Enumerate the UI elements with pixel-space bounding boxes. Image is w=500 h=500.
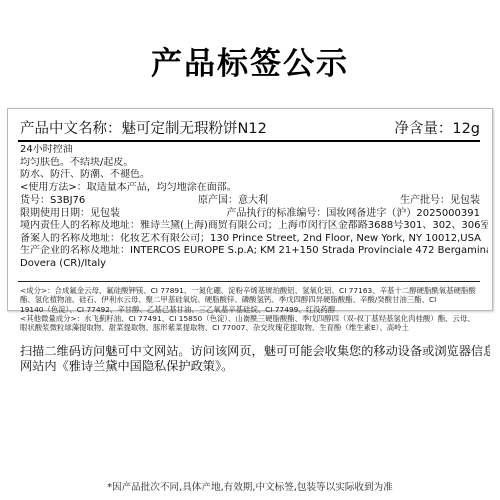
product-label-card: 产品中文名称：魅可定制无瑕粉饼N12 净含量：12g 24小时控油 均匀肤色。不… (7, 108, 493, 311)
ingredients-line: <成分>：合成氟金云母、氟硅酸钾镁、CI 77891、一氮化硼、淀粉辛烯基琥珀酸… (20, 286, 488, 295)
disclaimer-footnote: *因产品批次不同,具体产地,有效期,中文标签,包装等以实际收到为准 (0, 479, 500, 493)
registrant: 备案人的名称及地址：化妆艺术有限公司；130 Prince Street, 2n… (20, 233, 488, 246)
claim-item: 防水、防汗、防潮、不褪色。 (20, 169, 488, 182)
responsible-party: 境内责任人的名称及地址：雅诗兰黛(上海)商贸有限公司；上海市闵行区金都路3688… (20, 220, 488, 233)
page-title: 产品标签公示 (0, 38, 500, 83)
product-claims: 24小时控油 均匀肤色。不结块/起皮。 防水、防汗、防潮、不褪色。 <使用方法>… (20, 144, 488, 194)
item-number: 货号：S3BJ76 (20, 195, 85, 208)
expiry-date: 限期使用日期：见包装 (20, 208, 120, 221)
product-name: 产品中文名称：魅可定制无瑕粉饼N12 (20, 118, 267, 140)
standard-number: 产品执行的标准编号：国妆网备进字（沪）2025000391 (226, 208, 480, 221)
claim-item: 均匀肤色。不结块/起皮。 (20, 157, 488, 170)
ingredients: <成分>：合成氟金云母、氟硅酸钾镁、CI 77891、一氮化硼、淀粉辛烯基琥珀酸… (20, 286, 488, 332)
manufacturer: 生产企业的名称及地址：INTERCOS EUROPE S.p.A; KM 21+… (20, 245, 488, 258)
manufacturer-continued: Dovera (CR)/Italy (20, 258, 488, 271)
net-content: 净含量：12g (394, 118, 480, 140)
minor-ingredients-line: <其他微量成分>：水飞蓟籽油、CI 77491、CI 15850（色淀）、山嵛酰… (20, 314, 488, 323)
minor-ingredients-line: 眼状酸浆微粒球藻提取物、甜菜提取物、豚形紫菜提取物、CI 77007、杂交玫瑰花… (20, 323, 488, 332)
qr-notice-line: 网站内《雅诗兰黛中国隐私保护政策》。 (20, 359, 490, 374)
info-row-expiry: 限期使用日期：见包装 产品执行的标准编号：国妆网备进字（沪）2025000391 (20, 208, 488, 221)
claim-item: 24小时控油 (20, 144, 488, 157)
product-info: 货号：S3BJ76 原产国：意大利 生产批号：见包装 限期使用日期：见包装 产品… (20, 195, 488, 271)
product-name-row: 产品中文名称：魅可定制无瑕粉饼N12 净含量：12g (18, 118, 480, 142)
ingredients-line: 19140（色淀）、CI 77492、辛甘醇、乙基己基甘油、三乙氧基辛基硅烷、C… (20, 305, 488, 314)
divider (18, 281, 480, 282)
ingredients-line: 酯、氢化植物油、硅石、伊利水云母、聚二甲基硅氧烷、硬脂酸锌、磷酸氢钙、季戊四醇四… (20, 295, 488, 304)
batch-number: 生产批号：见包装 (400, 195, 480, 208)
qr-notice-line: 扫描二维码访问魅可中文网站。访问该网页，魅可可能会收集您的移动设备或浏览器信息，… (20, 344, 490, 359)
info-row-item: 货号：S3BJ76 原产国：意大利 生产批号：见包装 (20, 195, 488, 208)
qr-code-notice: 扫描二维码访问魅可中文网站。访问该网页，魅可可能会收集您的移动设备或浏览器信息，… (20, 344, 490, 374)
usage-instructions: <使用方法>：取适量本产品，均匀地涂在面部。 (20, 182, 488, 195)
country-of-origin: 原产国：意大利 (198, 195, 268, 208)
